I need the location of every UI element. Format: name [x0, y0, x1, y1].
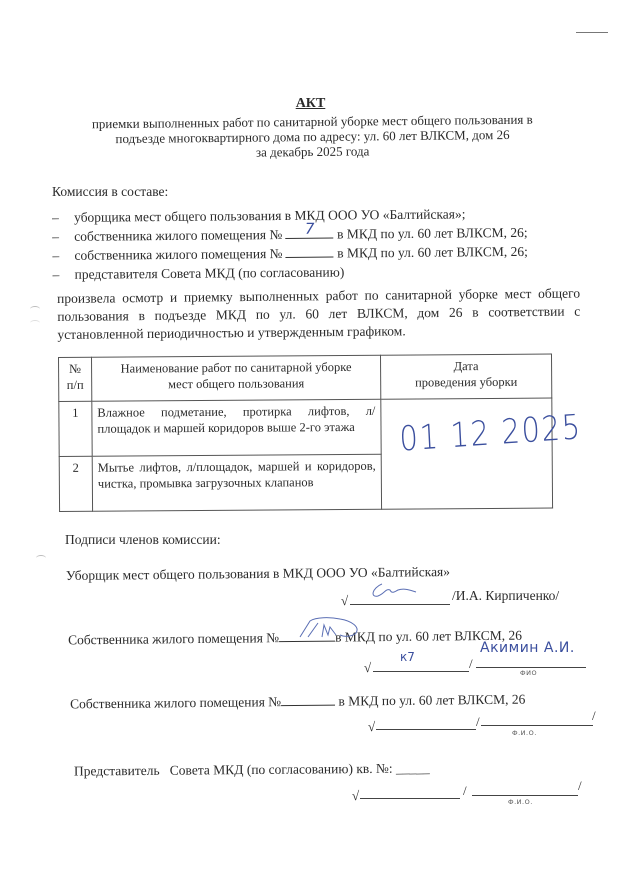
header-work-name-line-1: Наименование работ по санитарной уборке	[96, 359, 376, 377]
document-title: АКТ	[0, 96, 621, 112]
owner2-signature-label: Собственника жилого помещения № в МКД по…	[70, 690, 525, 713]
dash-bullet: –	[52, 208, 74, 227]
table-header-row: № п/п Наименование работ по санитарной у…	[59, 354, 552, 401]
punch-hole-mark	[30, 320, 40, 326]
apartment-number-field[interactable]	[286, 244, 334, 258]
row-number: 1	[59, 401, 92, 456]
owner2-suffix: в МКД по ул. 60 лет ВЛКСМ, 26	[338, 692, 525, 709]
council-signature-label: Представитель Совета МКД (по согласовани…	[74, 760, 430, 779]
fio-caption: ФИО	[520, 669, 537, 677]
owner1-prefix: Собственника жилого помещения №	[68, 630, 279, 647]
dash-bullet: –	[52, 265, 74, 284]
owner2-signature-line[interactable]	[376, 717, 476, 730]
member-suffix: в МКД по ул. 60 лет ВЛКСМ, 26;	[337, 244, 528, 261]
dash-bullet: –	[52, 227, 74, 246]
separator-slash: /	[469, 656, 473, 672]
member-item-council: –представителя Совета МКД (по согласован…	[52, 261, 528, 284]
member-prefix: собственника жилого помещения №	[74, 246, 282, 263]
table-row: 1 Влажное подметание, протирка лифтов, л…	[59, 398, 552, 456]
row-description: Влажное подметание, протирка лифтов, л/п…	[92, 399, 381, 456]
separator-slash: /	[476, 714, 480, 730]
signatures-heading: Подписи членов комиссии:	[65, 532, 221, 548]
header-number: № п/п	[59, 357, 92, 401]
owner1-signature-label: Собственника жилого помещения №в МКД по …	[68, 626, 522, 649]
owner1-handwritten-name: Акимин А.И.	[480, 640, 575, 656]
fio-caption: Ф.И.О.	[512, 729, 537, 737]
owner1-signature-line[interactable]	[373, 659, 469, 672]
row-description: Мытье лифтов, л/площадок, маршей и корид…	[92, 454, 381, 511]
corner-scan-mark	[576, 32, 608, 33]
dash-bullet: –	[52, 246, 74, 265]
handwritten-apartment-number: 7	[305, 220, 315, 238]
checkmark-icon: √	[352, 788, 359, 804]
member-prefix: собственника жилого помещения №	[74, 227, 282, 244]
checkmark-icon: √	[341, 593, 348, 609]
document-subtitle: приемки выполненных работ по санитарной …	[60, 111, 565, 161]
member-text: уборщика мест общего пользования в МКД О…	[74, 206, 466, 224]
council-name-line[interactable]	[472, 783, 578, 796]
member-text: представителя Совета МКД (по согласовани…	[75, 264, 345, 281]
owner2-prefix: Собственника жилого помещения №	[70, 694, 281, 711]
commission-heading: Комиссия в составе:	[52, 184, 168, 200]
fio-caption: Ф.И.О.	[508, 798, 533, 806]
header-date-line-2: проведения уборки	[385, 374, 547, 391]
separator-slash: /	[463, 783, 467, 799]
commission-members-list: –уборщика мест общего пользования в МКД …	[52, 204, 528, 284]
header-date-line-1: Дата	[385, 358, 547, 375]
inspection-paragraph: произвела осмотр и приемку выполненных р…	[57, 285, 581, 344]
checkmark-icon: √	[364, 660, 371, 676]
cleaner-signature-scribble-icon	[368, 580, 420, 602]
punch-hole-mark	[30, 306, 40, 312]
header-number-line-1: №	[63, 361, 87, 377]
handwritten-date: 01 12 2025	[399, 407, 583, 459]
header-date: Дата проведения уборки	[380, 354, 551, 399]
member-suffix: в МКД по ул. 60 лет ВЛКСМ, 26;	[337, 225, 528, 242]
works-table: № п/п Наименование работ по санитарной у…	[58, 354, 553, 512]
owner1-apartment-scribble-icon	[296, 615, 366, 641]
row-number: 2	[59, 456, 92, 511]
header-work-name-line-2: мест общего пользования	[96, 375, 376, 393]
header-work-name: Наименование работ по санитарной уборке …	[92, 355, 381, 401]
cleaner-name: /И.А. Кирпиченко/	[452, 588, 559, 604]
end-slash: /	[592, 708, 596, 724]
scanned-act-page: АКТ приемки выполненных работ по санитар…	[0, 0, 621, 877]
checkmark-icon: √	[368, 719, 375, 735]
owner2-apartment-field[interactable]	[281, 692, 335, 707]
owner1-name-line[interactable]	[476, 655, 586, 668]
apartment-number-field[interactable]: 7	[286, 225, 334, 239]
punch-hole-mark	[36, 555, 46, 561]
council-signature-line[interactable]	[360, 786, 460, 799]
date-cell[interactable]: 01 12 2025	[381, 398, 553, 509]
owner2-name-line[interactable]	[481, 713, 593, 726]
end-slash: /	[578, 778, 582, 794]
header-number-line-2: п/п	[63, 377, 87, 393]
owner1-handwritten-apartment: к7	[400, 650, 415, 664]
